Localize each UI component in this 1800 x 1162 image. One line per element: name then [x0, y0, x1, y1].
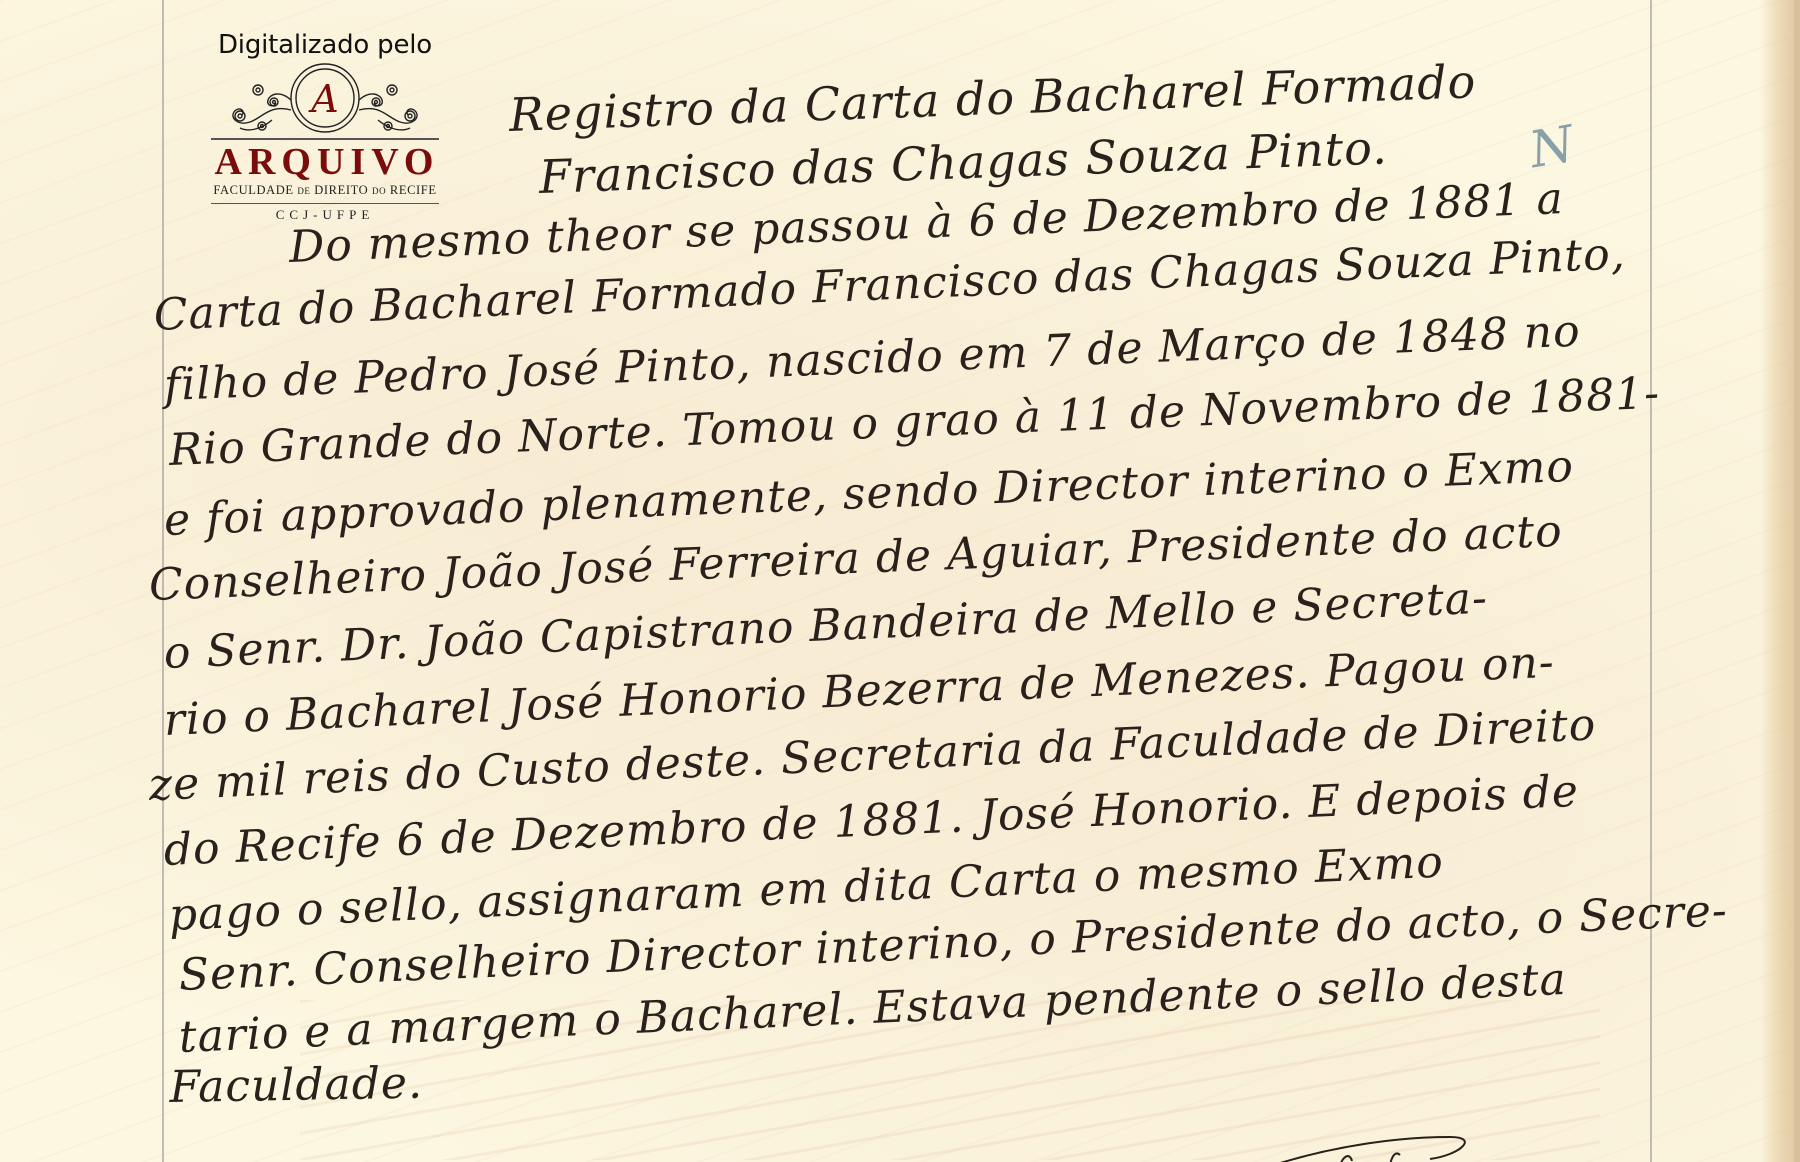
logo-rule-bottom — [211, 203, 439, 205]
archive-name: ARQUIVO — [209, 142, 445, 182]
archive-watermark-logo: Digitalizado pelo A — [205, 28, 445, 228]
emblem-letter: A — [308, 77, 338, 121]
digitized-caption: Digitalizado pelo — [205, 30, 445, 60]
document-page: Digitalizado pelo A — [0, 0, 1800, 1162]
signature-flourish-icon — [1280, 1125, 1580, 1162]
ornament-emblem-icon: A — [210, 60, 440, 138]
institution-name: FACULDADE DE DIREITO DO RECIFE — [205, 182, 445, 199]
paper-edge — [1794, 0, 1800, 1162]
body-line-14: Faculdade. — [169, 1058, 423, 1113]
margin-annotation-mark: N — [1525, 115, 1578, 180]
logo-rule-top — [211, 138, 439, 140]
right-margin-line — [1650, 0, 1652, 1162]
